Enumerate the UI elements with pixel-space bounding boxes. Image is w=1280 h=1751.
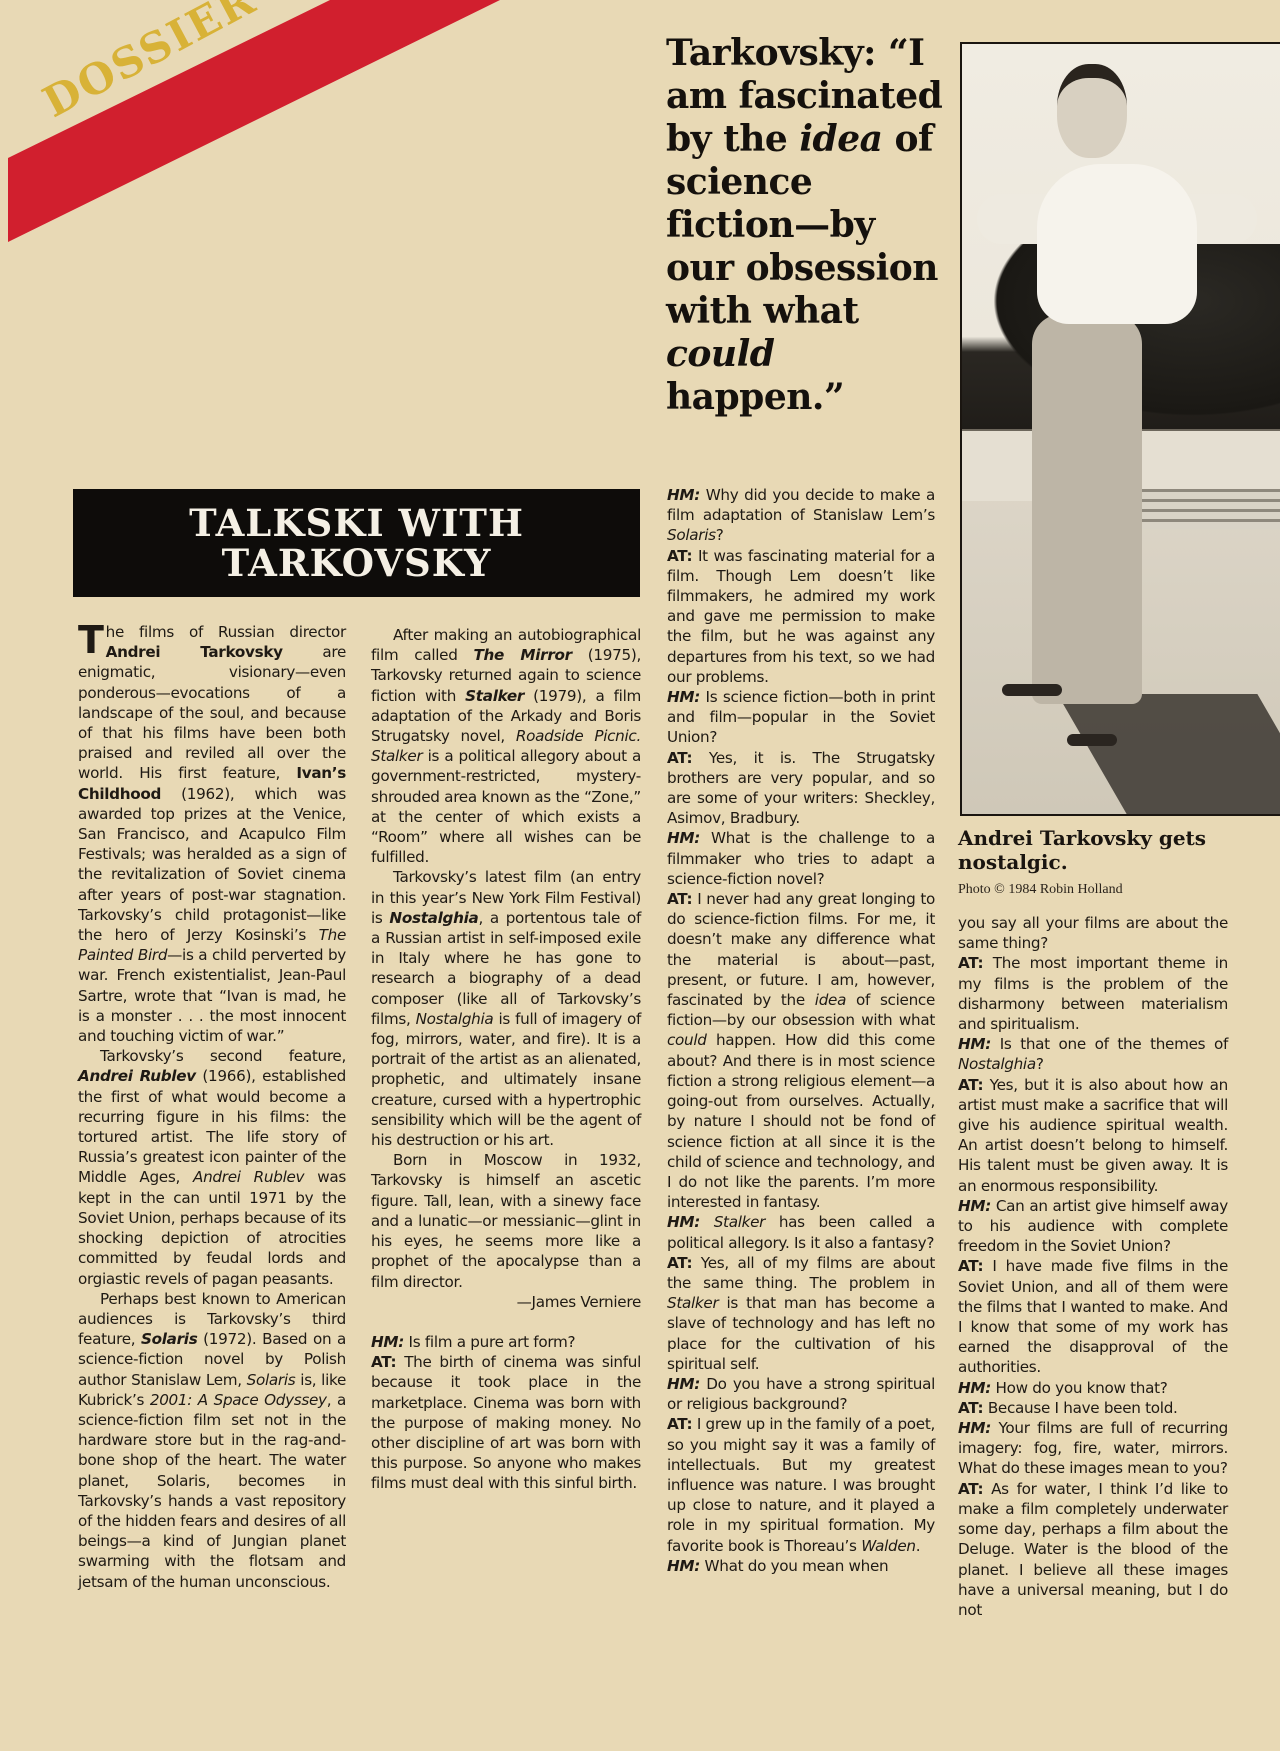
photo-credit: Photo © 1984 Robin Holland [958, 882, 1258, 898]
article-headline: TALKSKI WITH TARKOVSKY [73, 489, 640, 597]
speaker-hm: HM: [667, 1375, 700, 1393]
interview-answer: AT: I grew up in the family of a poet, s… [667, 1414, 935, 1555]
text: What do you mean when [705, 1557, 889, 1575]
emphasis: could [667, 1031, 707, 1049]
text: Can an artist give himself away to his a… [958, 1197, 1228, 1255]
headline-line-2: TARKOVSKY [222, 543, 492, 583]
film-title: Nostalghia [389, 909, 478, 927]
film-title: Andrei Rublev [78, 1067, 196, 1085]
film-title: Stalker [667, 1294, 718, 1312]
speaker-at: AT: [958, 1257, 983, 1275]
text: he films of Russian director [106, 623, 346, 641]
text: It was fascinating material for a film. … [667, 547, 935, 686]
text: (1962), which was awarded top prizes at … [78, 785, 346, 944]
photo-tarkovsky [960, 42, 1280, 816]
pull-quote-line: with what [666, 290, 859, 332]
photo-shoe [1002, 684, 1062, 696]
text: . [916, 1537, 921, 1555]
pull-quote-line: happen.” [666, 376, 844, 418]
speaker-at: AT: [958, 1076, 983, 1094]
book-title: Solaris [667, 526, 716, 544]
text: Yes, but it is also about how an artist … [958, 1076, 1228, 1195]
article-column-3: HM: Why did you decide to make a film ad… [667, 485, 935, 1576]
interview-answer: AT: Yes, all of my films are about the s… [667, 1253, 935, 1374]
speaker-hm: HM: [958, 1035, 991, 1053]
text: is full of imagery of fog, mirrors, wate… [371, 1010, 641, 1149]
photo-shadow [1057, 694, 1280, 814]
interview-question-continued: you say all your films are about the sam… [958, 913, 1228, 953]
intro-paragraph: Perhaps best known to American audiences… [78, 1289, 346, 1592]
text: Is science fiction—both in print and fil… [667, 688, 935, 746]
text: Tarkovsky’s second feature, [100, 1047, 346, 1065]
film-title: Solaris [247, 1371, 296, 1389]
pull-quote: Tarkovsky: “I am fascinated by the idea … [666, 32, 956, 419]
speaker-at: AT: [667, 1415, 692, 1433]
speaker-at: AT: [667, 749, 692, 767]
interview-question: HM: Is science fiction—both in print and… [667, 687, 935, 748]
pull-quote-line: fiction—by [666, 204, 875, 246]
interview-question: HM: What do you mean when [667, 1556, 935, 1576]
text: ? [1036, 1055, 1044, 1073]
dossier-ribbon: DOSSIER [0, 0, 520, 250]
interview-question: HM: Do you have a strong spiritual or re… [667, 1374, 935, 1414]
speaker-hm: HM: [667, 1557, 700, 1575]
film-title: Nostalghia [416, 1010, 494, 1028]
interview-answer: AT: As for water, I think I’d like to ma… [958, 1479, 1228, 1620]
text: Yes, all of my films are about the same … [667, 1254, 935, 1292]
interview-answer: AT: Yes, but it is also about how an art… [958, 1075, 1228, 1196]
bold-name: Andrei Tarkovsky [106, 643, 283, 661]
speaker-hm: HM: [667, 486, 700, 504]
article-column-1: The films of Russian director Andrei Tar… [78, 622, 346, 1592]
interview-question: HM: Is that one of the themes of Nostalg… [958, 1034, 1228, 1074]
speaker-hm: HM: [667, 688, 700, 706]
text: are enigmatic, visionary—even ponderous—… [78, 643, 346, 782]
drop-cap: T [78, 622, 104, 656]
pull-quote-line: of [882, 118, 933, 160]
text: happen. How did this come about? And the… [667, 1031, 935, 1211]
interview-question: HM: Is film a pure art form? [371, 1332, 641, 1352]
intro-paragraph: Tarkovsky’s latest film (an entry in thi… [371, 867, 641, 1150]
interview-answer: AT: Yes, it is. The Strugatsky brothers … [667, 748, 935, 829]
interview-answer: AT: Because I have been told. [958, 1398, 1228, 1418]
speaker-at: AT: [958, 954, 983, 972]
pull-quote-line: our obsession [666, 247, 938, 289]
text: I have made five films in the Soviet Uni… [958, 1257, 1228, 1376]
intro-paragraph: The films of Russian director Andrei Tar… [78, 622, 346, 1046]
book-title: Walden [861, 1537, 916, 1555]
text: Because I have been told. [988, 1399, 1178, 1417]
emphasis: idea [815, 991, 846, 1009]
interview-question: HM: Your films are full of recurring ima… [958, 1418, 1228, 1479]
interview-answer: AT: The birth of cinema was sinful becau… [371, 1352, 641, 1493]
pull-quote-emphasis: could [666, 333, 774, 375]
interview-answer: AT: I never had any great longing to do … [667, 889, 935, 1212]
article-column-4: you say all your films are about the sam… [958, 913, 1228, 1620]
intro-paragraph: Tarkovsky’s second feature, Andrei Ruble… [78, 1046, 346, 1288]
speaker-hm: HM: [667, 829, 700, 847]
pull-quote-line: Tarkovsky: “I [666, 32, 925, 74]
interview-question: HM: Can an artist give himself away to h… [958, 1196, 1228, 1257]
intro-paragraph: Born in Moscow in 1932, Tarkovsky is him… [371, 1150, 641, 1291]
speaker-at: AT: [667, 547, 692, 565]
interview-question: HM: What is the challenge to a filmmaker… [667, 828, 935, 889]
text: Do you have a strong spiritual or religi… [667, 1375, 935, 1413]
speaker-at: AT: [667, 1254, 692, 1272]
speaker-hm: HM: [667, 1213, 700, 1231]
caption-title: Andrei Tarkovsky gets nostalgic. [958, 826, 1258, 874]
film-title: 2001: A Space Odyssey [150, 1391, 327, 1409]
text: The most important theme in my films is … [958, 954, 1228, 1033]
photo-figure-legs [1032, 314, 1142, 704]
text: As for water, I think I’d like to make a… [958, 1480, 1228, 1619]
text: Yes, it is. The Strugatsky brothers are … [667, 749, 935, 828]
photo-figure-body [1037, 164, 1197, 324]
interview-answer: AT: The most important theme in my films… [958, 953, 1228, 1034]
text: What is the challenge to a filmmaker who… [667, 829, 935, 887]
speaker-at: AT: [371, 1353, 396, 1371]
photo-figure-head [1057, 64, 1127, 158]
text: Your films are full of recurring imagery… [958, 1419, 1228, 1477]
speaker-at: AT: [667, 890, 692, 908]
film-title: The Mirror [473, 646, 571, 664]
byline: —James Verniere [371, 1292, 641, 1312]
interview-answer: AT: It was fascinating material for a fi… [667, 546, 935, 687]
interview-answer: AT: I have made five films in the Soviet… [958, 1256, 1228, 1377]
photo-shoe [1067, 734, 1117, 746]
text: How do you know that? [996, 1379, 1168, 1397]
text: I grew up in the family of a poet, so yo… [667, 1415, 935, 1554]
speaker-hm: HM: [958, 1379, 991, 1397]
interview-question: HM: Why did you decide to make a film ad… [667, 485, 935, 546]
film-title: Stalker [465, 687, 524, 705]
interview-question: HM: Stalker has been called a political … [667, 1212, 935, 1252]
speaker-hm: HM: [371, 1333, 404, 1351]
intro-paragraph: After making an autobiographical film ca… [371, 625, 641, 867]
pull-quote-emphasis: idea [799, 118, 882, 160]
speaker-at: AT: [958, 1399, 983, 1417]
pull-quote-line: science [666, 161, 812, 203]
text: , a science-fiction film set not in the … [78, 1391, 346, 1591]
text: Is that one of the themes of [1000, 1035, 1228, 1053]
headline-line-1: TALKSKI WITH [189, 503, 524, 543]
text: Why did you decide to make a film adapta… [667, 486, 935, 524]
pull-quote-line: by the [666, 118, 799, 160]
text: Is film a pure art form? [409, 1333, 576, 1351]
film-title: Stalker [714, 1213, 765, 1231]
article-column-2: After making an autobiographical film ca… [371, 625, 641, 1494]
speaker-hm: HM: [958, 1419, 991, 1437]
speaker-hm: HM: [958, 1197, 991, 1215]
interview-question: HM: How do you know that? [958, 1378, 1228, 1398]
ribbon-band [0, 0, 520, 250]
photo-caption: Andrei Tarkovsky gets nostalgic. Photo ©… [958, 826, 1258, 898]
pull-quote-line: am fascinated [666, 75, 942, 117]
film-title: Andrei Rublev [193, 1168, 304, 1186]
speaker-at: AT: [958, 1480, 983, 1498]
film-title: Nostalghia [958, 1055, 1036, 1073]
text: The birth of cinema was sinful because i… [371, 1353, 641, 1492]
film-title: Solaris [141, 1330, 197, 1348]
text: ? [716, 526, 724, 544]
text: has been called a political allegory. Is… [667, 1213, 935, 1251]
